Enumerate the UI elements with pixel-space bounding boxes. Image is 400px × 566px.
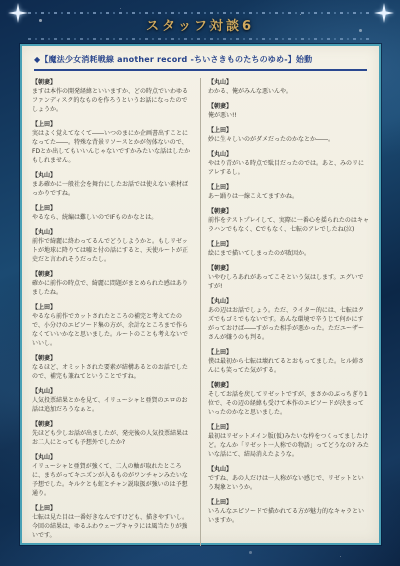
dialogue-entry: 【丸山】わかる、俺がみんな悪いんや。 [208,78,369,96]
dialogue-entry: 【上田】やるなら、続編は難しいのでIFものかなとは。 [32,204,193,222]
speaker-label: 【丸山】 [208,150,369,159]
speaker-label: 【朝妻】 [208,381,369,390]
page-title: スタッフ対談6 [0,15,400,34]
dialogue-text: 前作をテストプレイして、実際に一番心を揺られたのはキャラハンでもなく、Cでもなく… [208,216,369,234]
dialogue-text: いやむしろあれがあってこそという気はします。エグいですが! [208,273,369,291]
interview-panel: ◆【魔法少女消耗戦線 another record -ちいさきものたちのゆめ-】… [20,44,381,545]
dialogue-entry: 【朝妻】ますは本作の開発経緯といいますか、どの時点でいわゆるファンディスク的なも… [32,78,193,114]
dialogue-entry: 【丸山】前作で綺麗に終わってるんでどうしようかと。もしリゼットが地球に降りては嘘… [32,228,193,264]
dialogue-text: 確かに前作の時点で、綺麗に問題がまとめられた感はありましたね。 [32,279,193,297]
dialogue-entry: 【朝妻】確かに前作の時点で、綺麗に問題がまとめられた感はありましたね。 [32,270,193,297]
dialogue-entry: 【朝妻】先ほども少しお話が出ましたが、発売後の人気投票結果はお二人にとっても予想… [32,420,193,447]
speaker-label: 【朝妻】 [208,264,369,273]
speaker-label: 【朝妻】 [32,354,193,363]
dialogue-entry: 【上田】僕は最初から七転は壊れてるとおもってました。ヒル姉さんにも笑ってた気がす… [208,348,369,375]
dialogue-text: 実はよく覚えてなくて――いつのまにか企画書出すことになってた――。特殊な背景リソ… [32,129,193,165]
dialogue-text: 先ほども少しお話が出ましたが、発売後の人気投票結果はお二人にとっても予想外でした… [32,429,193,447]
dialogue-text: そしてお話を戻してリゼットですが、まさかのぶっちぎり1位で、その辺の経緯も受けて… [208,390,369,417]
dialogue-text: まあ確かに一般社会を舞台にしたお話では使えない素材ばっかりですね。 [32,180,193,198]
speaker-label: 【朝妻】 [32,420,193,429]
speaker-label: 【朝妻】 [208,102,369,111]
dialogue-text: あー踊りは一線こえてますかね。 [208,192,369,201]
dialogue-text: なるほど、オミットされた要素が結構あるとのお話でしたので、補完も兼ねてということ… [32,363,193,381]
speaker-label: 【丸山】 [208,78,369,87]
dialogue-text: 絵にまで描いてしまったのが敗因か。 [208,249,369,258]
speaker-label: 【丸山】 [32,171,193,180]
dialogue-text: やはり青がいる時点で駄目だったのでは。あと、みのリにアレするし。 [208,159,369,177]
speaker-label: 【上田】 [208,126,369,135]
dialogue-text: いろんなエピソードで描かれてる方が魅力的なキャラといいますか。 [208,507,369,525]
dialogue-entry: 【上田】あー踊りは一線こえてますかね。 [208,183,369,201]
dialogue-text: 僕は最初から七転は壊れてるとおもってました。ヒル姉さんにも笑ってた気がする。 [208,357,369,375]
dialogue-entry: 【上田】妙に生々しいのがダメだったのかなとか――。 [208,126,369,144]
dialogue-entry: 【上田】やるなら前作でカットされたところの補完と考えてたので、小分けのエピソード… [32,303,193,348]
dialogue-text: 最初はリゼットメイン版(仮)みたいな枠をつくってましたけど。なんか「リゼット一人… [208,432,369,459]
speaker-label: 【丸山】 [208,465,369,474]
dialogue-entry: 【丸山】やはり青がいる時点で駄目だったのでは。あと、みのリにアレするし。 [208,150,369,177]
dialogue-entry: 【丸山】あの辺はお話でしょう。ただ、ライター的には、七転はクズでもゴミでもないで… [208,297,369,342]
dialogue-text: わかる、俺がみんな悪いんや。 [208,87,369,96]
dialogue-entry: 【朝妻】前作をテストプレイして、実際に一番心を揺られたのはキャラハンでもなく、C… [208,207,369,234]
dialogue-entry: 【丸山】ですね、あの人だけは一人称がない感じで、リゼットという現象というか。 [208,465,369,492]
dialogue-text: 妙に生々しいのがダメだったのかなとか――。 [208,135,369,144]
speaker-label: 【丸山】 [208,297,369,306]
speaker-label: 【上田】 [32,504,193,513]
speaker-label: 【上田】 [208,183,369,192]
background-stars [0,0,1,1]
dialogue-text: 七転は見た目は一番好きなんですけども、描きやすいし。今回の結果は、ゆるふわウェー… [32,513,193,540]
speaker-label: 【上田】 [32,303,193,312]
section-heading: ◆【魔法少女消耗戦線 another record -ちいさきものたちのゆめ-】… [34,55,367,71]
speaker-label: 【朝妻】 [32,78,193,87]
dialogue-columns: 【朝妻】ますは本作の開発経緯といいますか、どの時点でいわゆるファンディスク的なも… [32,78,369,546]
speaker-label: 【丸山】 [32,453,193,462]
speaker-label: 【丸山】 [32,228,193,237]
dialogue-text: やるなら、続編は難しいのでIFものかなとは。 [32,213,193,222]
dialogue-entry: 【上田】七転は見た目は一番好きなんですけども、描きやすいし。今回の結果は、ゆるふ… [32,504,193,540]
dialogue-text: 俺が悪い!! [208,111,369,120]
speaker-label: 【上田】 [208,240,369,249]
dialogue-text: やるなら前作でカットされたところの補完と考えてたので、小分けのエピソード集の方が… [32,312,193,348]
dialogue-text: ですね、あの人だけは一人称がない感じで、リゼットという現象というか。 [208,474,369,492]
dialogue-entry: 【朝妻】そしてお話を戻してリゼットですが、まさかのぶっちぎり1位で、その辺の経緯… [208,381,369,417]
speaker-label: 【上田】 [208,423,369,432]
dialogue-entry: 【上田】実はよく覚えてなくて――いつのまにか企画書出すことになってた――。特殊な… [32,120,193,165]
title-underline-ornament [28,38,372,40]
staff-interview-page: { "page": { "title": "スタッフ対談6" }, "color… [0,0,400,566]
speaker-label: 【上田】 [32,204,193,213]
dialogue-text: 前作で綺麗に終わってるんでどうしようかと。もしリゼットが地球に降りては嘘と付の話… [32,237,193,264]
speaker-label: 【朝妻】 [32,270,193,279]
dialogue-text: ますは本作の開発経緯といいますか、どの時点でいわゆるファンディスク的なものを作ろ… [32,87,193,114]
dialogue-entry: 【丸山】まあ確かに一般社会を舞台にしたお話では使えない素材ばっかりですね。 [32,171,193,198]
speaker-label: 【上田】 [208,498,369,507]
left-column: 【朝妻】ますは本作の開発経緯といいますか、どの時点でいわゆるファンディスク的なも… [32,78,201,546]
dialogue-entry: 【上田】絵にまで描いてしまったのが敗因か。 [208,240,369,258]
speaker-label: 【朝妻】 [208,207,369,216]
dialogue-entry: 【丸山】人気投票結果とかを見て、イリューシャと亜賀のエロのお話は追加だろうなぁと… [32,387,193,414]
speaker-label: 【上田】 [32,120,193,129]
dialogue-entry: 【上田】最初はリゼットメイン版(仮)みたいな枠をつくってましたけど。なんか「リゼ… [208,423,369,459]
speaker-label: 【丸山】 [32,387,193,396]
speaker-label: 【上田】 [208,348,369,357]
top-ornament-line [28,12,372,14]
dialogue-entry: 【朝妻】いやむしろあれがあってこそという気はします。エグいですが! [208,264,369,291]
dialogue-text: 人気投票結果とかを見て、イリューシャと亜賀のエロのお話は追加だろうなぁと。 [32,396,193,414]
dialogue-text: あの辺はお話でしょう。ただ、ライター的には、七転はクズでもゴミでもないです。あん… [208,306,369,342]
right-column: 【丸山】わかる、俺がみんな悪いんや。【朝妻】俺が悪い!!【上田】妙に生々しいのが… [201,78,369,546]
dialogue-entry: 【朝妻】なるほど、オミットされた要素が結構あるとのお話でしたので、補完も兼ねてと… [32,354,193,381]
dialogue-entry: 【朝妻】俺が悪い!! [208,102,369,120]
dialogue-entry: 【上田】いろんなエピソードで描かれてる方が魅力的なキャラといいますか。 [208,498,369,525]
dialogue-text: イリューシャと亜賀が強くて、二人の軸が取れたところに、まちがってキニズンが入るも… [32,462,193,498]
dialogue-entry: 【丸山】イリューシャと亜賀が強くて、二人の軸が取れたところに、まちがってキニズン… [32,453,193,498]
